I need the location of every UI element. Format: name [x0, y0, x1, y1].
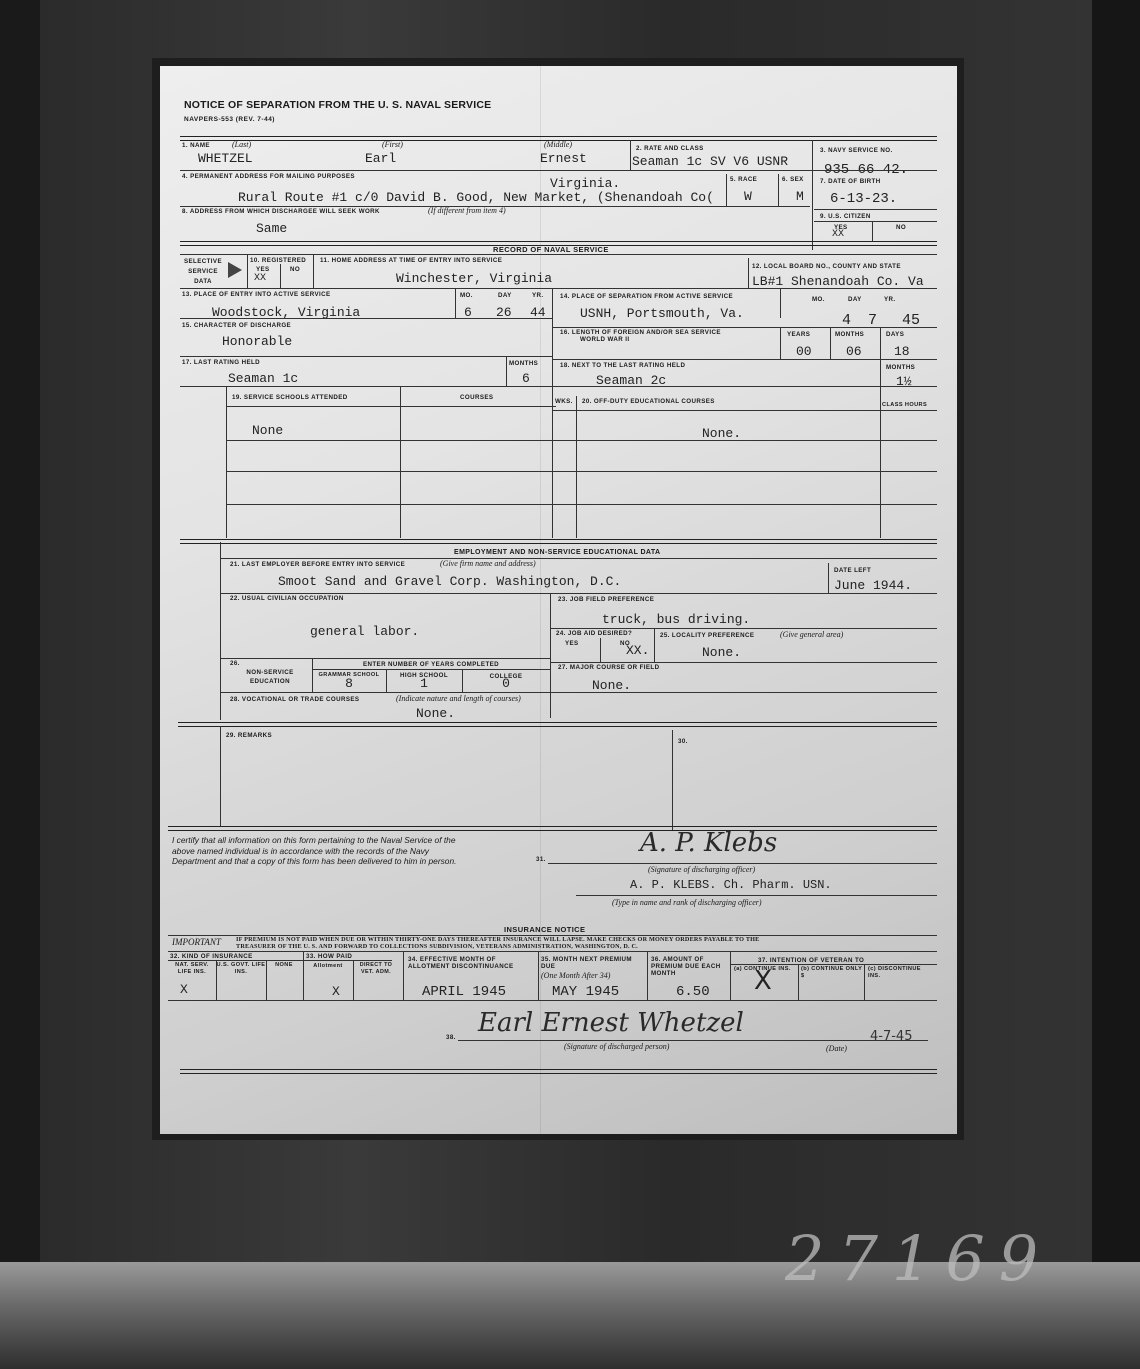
divider: [552, 359, 937, 360]
name-label: 1. NAME: [182, 142, 210, 149]
amount-value: 6.50: [676, 984, 710, 1000]
date-caption: (Date): [826, 1044, 847, 1053]
certification-text: I certify that all information on this f…: [172, 835, 462, 867]
sea-years-value: 00: [796, 344, 812, 359]
divider: [400, 386, 401, 538]
allotment-label: Allotment: [303, 963, 353, 969]
job-pref-value: truck, bus driving.: [602, 612, 750, 627]
divider: [180, 1069, 937, 1074]
nsli-mark: X: [180, 982, 188, 997]
selective-service-label: SELECTIVE SERVICE DATA: [180, 257, 226, 287]
locality-value: None.: [702, 645, 741, 660]
job-aid-label: 24. JOB AID DESIRED?: [556, 630, 632, 637]
race-label: 5. RACE: [730, 176, 757, 183]
first-name-label: (First): [382, 140, 403, 149]
citizen-label: 9. U.S. CITIZEN: [820, 213, 871, 220]
sex-label: 6. SEX: [782, 176, 804, 183]
officer-typed-name: A. P. KLEBS. Ch. Pharm. USN.: [630, 878, 832, 892]
insurance-notice-1: IF PREMIUM IS NOT PAID WHEN DUE OR WITHI…: [236, 936, 759, 943]
vocational-hint: (Indicate nature and length of courses): [396, 694, 521, 703]
divider: [220, 726, 221, 826]
item30-label: 30.: [678, 738, 688, 745]
divider: [168, 826, 937, 831]
divider: [506, 356, 507, 386]
locality-label: 25. LOCALITY PREFERENCE: [660, 632, 754, 639]
rate-class-value: Seaman 1c SV V6 USNR: [632, 154, 788, 169]
divider: [312, 669, 550, 670]
perm-address-label: 4. PERMANENT ADDRESS FOR MAILING PURPOSE…: [182, 173, 355, 180]
divider: [303, 951, 304, 1000]
grammar-value: 8: [312, 676, 386, 691]
divider: [828, 563, 829, 593]
effective-month-label: 34. EFFECTIVE MONTH OF ALLOTMENT DISCONT…: [408, 956, 536, 970]
high-school-value: 1: [386, 676, 462, 691]
next-due-hint: (One Month After 34): [541, 971, 610, 980]
home-address-value: Winchester, Virginia: [396, 271, 552, 286]
divider: [880, 396, 881, 538]
record-header: RECORD OF NAVAL SERVICE: [493, 245, 609, 254]
college-value: 0: [462, 676, 550, 691]
local-board-label: 12. LOCAL BOARD NO., COUNTY AND STATE: [752, 263, 901, 270]
last-name-value: WHETZEL: [198, 151, 253, 166]
divider: [455, 288, 456, 318]
remarks-label: 29. REMARKS: [226, 732, 272, 739]
employment-header: EMPLOYMENT AND NON-SERVICE EDUCATIONAL D…: [454, 549, 660, 556]
entry-mo-label: MO.: [460, 292, 473, 299]
sea-months-value: 06: [846, 344, 862, 359]
arrow-right-icon: [228, 262, 242, 278]
divider: [180, 539, 937, 544]
form-title: NOTICE OF SEPARATION FROM THE U. S. NAVA…: [184, 99, 491, 111]
divider: [864, 964, 865, 1000]
divider: [778, 174, 779, 206]
next-rating-months-label: MONTHS: [886, 364, 915, 371]
divider: [220, 658, 550, 659]
next-due-value: MAY 1945: [552, 984, 619, 1000]
divider: [730, 964, 937, 965]
work-address-hint: (If different from item 4): [428, 206, 506, 215]
divider: [550, 628, 937, 629]
divider: [647, 951, 648, 1000]
class-hours-label: CLASS HOURS: [882, 402, 927, 408]
separation-yr-label: YR.: [884, 296, 896, 303]
education-sublabel: NON-SERVICE EDUCATION: [230, 668, 310, 686]
entry-label: 13. PLACE OF ENTRY INTO ACTIVE SERVICE: [182, 291, 331, 298]
vocational-label: 28. VOCATIONAL OR TRADE COURSES: [230, 696, 359, 703]
divider: [872, 221, 873, 241]
entry-day-label: DAY: [498, 292, 512, 299]
perm-address-line1: Virginia.: [550, 176, 620, 191]
next-due-label: 35. MONTH NEXT PREMIUM DUE: [541, 956, 641, 970]
divider: [180, 386, 937, 387]
continue-only-label: (b) CONTINUE ONLY $: [801, 966, 863, 980]
work-address-label: 8. ADDRESS FROM WHICH DISCHARGEE WILL SE…: [182, 208, 380, 215]
discharge-value: Honorable: [222, 334, 292, 349]
divider: [630, 140, 631, 170]
dob-label: 7. DATE OF BIRTH: [820, 178, 881, 185]
veteran-sig-caption: (Signature of discharged person): [564, 1042, 669, 1051]
selective-label-3: DATA: [180, 277, 226, 287]
usgli-label: U.S. GOVT. LIFE INS.: [216, 962, 266, 976]
divider: [726, 174, 727, 206]
discharge-label: 15. CHARACTER OF DISCHARGE: [182, 322, 291, 329]
last-name-label: (Last): [232, 140, 251, 149]
amount-label: 36. AMOUNT OF PREMIUM DUE EACH MONTH: [651, 956, 731, 977]
registered-no-label: NO: [290, 266, 300, 273]
insurance-important: IMPORTANT: [172, 937, 221, 947]
dob-value: 6-13-23.: [830, 191, 897, 207]
entry-yr-label: YR.: [532, 292, 544, 299]
divider: [180, 170, 937, 171]
sex-value: M: [796, 189, 804, 204]
last-rating-label: 17. LAST RATING HELD: [182, 359, 260, 366]
divider: [576, 396, 577, 538]
wks-label: WKS.: [555, 398, 573, 405]
officer-sig-caption: (Signature of discharging officer): [648, 865, 755, 874]
last-rating-months-label: MONTHS: [509, 360, 538, 367]
separation-mo-label: MO.: [812, 296, 825, 303]
registered-yes-label: YES: [256, 266, 270, 273]
divider: [178, 722, 937, 727]
divider: [180, 288, 937, 289]
schools-value: None: [252, 423, 283, 438]
date-left-value: June 1944.: [834, 578, 912, 593]
divider: [552, 386, 553, 538]
divider: [220, 692, 937, 693]
divider: [814, 209, 937, 210]
vocational-value: None.: [416, 706, 455, 721]
selective-label-2: SERVICE: [180, 267, 226, 277]
divider: [168, 960, 392, 961]
citizen-yes-mark: XX: [832, 229, 844, 240]
divider: [226, 504, 937, 505]
signature-line: [458, 1040, 928, 1041]
separation-form: NOTICE OF SEPARATION FROM THE U. S. NAVA…: [160, 66, 957, 1134]
last-employer-hint: (Give firm name and address): [440, 559, 536, 568]
divider: [220, 593, 937, 594]
courses-label: COURSES: [460, 394, 493, 401]
job-aid-yes-label: YES: [565, 640, 579, 647]
divider: [600, 638, 601, 662]
divider: [168, 951, 937, 952]
major-value: None.: [592, 678, 631, 693]
sea-months-label: MONTHS: [835, 331, 864, 338]
insurance-header: INSURANCE NOTICE: [504, 925, 585, 934]
divider: [812, 140, 813, 250]
sea-service-label-2: WORLD WAR II: [580, 336, 629, 343]
education-label-2: NON-SERVICE: [230, 668, 310, 677]
home-address-label: 11. HOME ADDRESS AT TIME OF ENTRY INTO S…: [320, 257, 502, 264]
sea-days-label: DAYS: [886, 331, 904, 338]
divider: [226, 471, 937, 472]
divider: [550, 593, 551, 718]
divider: [552, 410, 937, 411]
intention-label: 37. INTENTION OF VETERAN TO: [758, 957, 864, 964]
divider: [798, 964, 799, 1000]
off-duty-value: None.: [702, 426, 741, 441]
occupation-value: general labor.: [310, 624, 419, 639]
divider: [730, 951, 731, 1000]
divider: [180, 254, 937, 255]
divider: [403, 951, 404, 1000]
officer-signature: A. P. Klebs: [640, 828, 777, 858]
schools-label: 19. SERVICE SCHOOLS ATTENDED: [232, 394, 348, 401]
occupation-label: 22. USUAL CIVILIAN OCCUPATION: [230, 595, 344, 602]
divider: [226, 440, 937, 441]
off-duty-label: 20. OFF-DUTY EDUCATIONAL COURSES: [582, 398, 715, 405]
discontinue-label: (c) DISCONTINUE INS.: [868, 966, 934, 980]
job-aid-no-mark: XX.: [626, 643, 649, 658]
next-rating-label: 18. NEXT TO THE LAST RATING HELD: [560, 362, 685, 369]
years-completed-header: ENTER NUMBER OF YEARS COMPLETED: [312, 661, 550, 668]
last-employer-label: 21. LAST EMPLOYER BEFORE ENTRY INTO SERV…: [230, 561, 405, 568]
divider: [226, 386, 227, 538]
last-rating-value: Seaman 1c: [228, 371, 298, 386]
separation-label: 14. PLACE OF SEPARATION FROM ACTIVE SERV…: [560, 293, 733, 300]
divider: [313, 254, 314, 288]
divider: [780, 288, 781, 318]
citizen-no-label: NO: [896, 224, 906, 231]
officer-item-no: 31.: [536, 856, 546, 863]
divider: [180, 356, 552, 357]
direct-vet-label: DIRECT TO VET. ADM.: [353, 962, 399, 976]
local-board-value: LB#1 Shenandoah Co. Va: [752, 274, 924, 289]
divider: [280, 264, 281, 288]
divider: [654, 628, 655, 662]
divider: [576, 895, 937, 896]
middle-name-value: Ernest: [540, 151, 587, 166]
effective-month-value: APRIL 1945: [422, 984, 506, 1000]
divider: [830, 327, 831, 359]
rate-class-label: 2. RATE AND CLASS: [636, 145, 704, 152]
divider: [538, 951, 539, 1000]
officer-typed-caption: (Type in name and rank of discharging of…: [612, 898, 762, 907]
last-rating-months-value: 6: [522, 371, 530, 386]
kind-insurance-label: 32. KIND OF INSURANCE: [170, 953, 253, 960]
education-label: 26.: [230, 660, 240, 667]
sea-service-label: 16. LENGTH OF FOREIGN AND/OR SEA SERVICE: [560, 329, 721, 336]
job-pref-label: 23. JOB FIELD PREFERENCE: [558, 596, 654, 603]
separation-day-label: DAY: [848, 296, 862, 303]
divider: [780, 327, 781, 359]
photo-frame-left: [0, 0, 40, 1369]
insurance-notice-2: TREASURER OF THE U. S. AND FORWARD TO CO…: [236, 943, 638, 950]
major-label: 27. MAJOR COURSE OR FIELD: [558, 664, 659, 671]
divider: [226, 406, 556, 407]
allotment-mark: X: [332, 984, 340, 999]
divider: [247, 254, 248, 288]
divider: [550, 662, 937, 663]
registered-label: 10. REGISTERED: [250, 257, 306, 264]
how-paid-label: 33. HOW PAID: [306, 953, 352, 960]
nsli-label: NAT. SERV. LIFE INS.: [168, 962, 216, 976]
last-employer-value: Smoot Sand and Gravel Corp. Washington, …: [278, 574, 621, 589]
divider: [814, 221, 937, 222]
veteran-item-no: 38.: [446, 1034, 456, 1041]
sea-years-label: YEARS: [787, 331, 810, 338]
education-label-3: EDUCATION: [230, 677, 310, 686]
none-label: NONE: [266, 962, 302, 968]
registered-yes-mark: XX: [254, 273, 266, 284]
divider: [220, 542, 221, 720]
veteran-date: 4-7-45: [870, 1029, 912, 1044]
veteran-signature: Earl Ernest Whetzel: [478, 1008, 744, 1038]
first-name-value: Earl: [365, 151, 396, 166]
sea-days-value: 18: [894, 344, 910, 359]
divider: [180, 318, 552, 319]
divider: [672, 730, 673, 830]
divider: [748, 258, 749, 288]
service-no-label: 3. NAVY SERVICE NO.: [820, 147, 893, 154]
separation-place-value: USNH, Portsmouth, Va.: [580, 306, 744, 321]
negative-number: 27169: [785, 1222, 1052, 1295]
photo-frame-right: [1092, 0, 1140, 1369]
race-value: W: [744, 189, 752, 204]
perm-address-line2: Rural Route #1 c/0 David B. Good, New Ma…: [238, 190, 714, 205]
date-left-label: DATE LEFT: [834, 567, 871, 574]
signature-line: [548, 863, 937, 864]
form-code: NAVPERS-553 (REV. 7-44): [184, 116, 275, 123]
continue-mark: X: [754, 966, 772, 996]
locality-hint: (Give general area): [780, 630, 843, 639]
divider: [168, 1000, 937, 1001]
middle-name-label: (Middle): [544, 140, 572, 149]
selective-label-1: SELECTIVE: [180, 257, 226, 267]
divider: [220, 558, 937, 559]
work-address-value: Same: [256, 221, 287, 236]
